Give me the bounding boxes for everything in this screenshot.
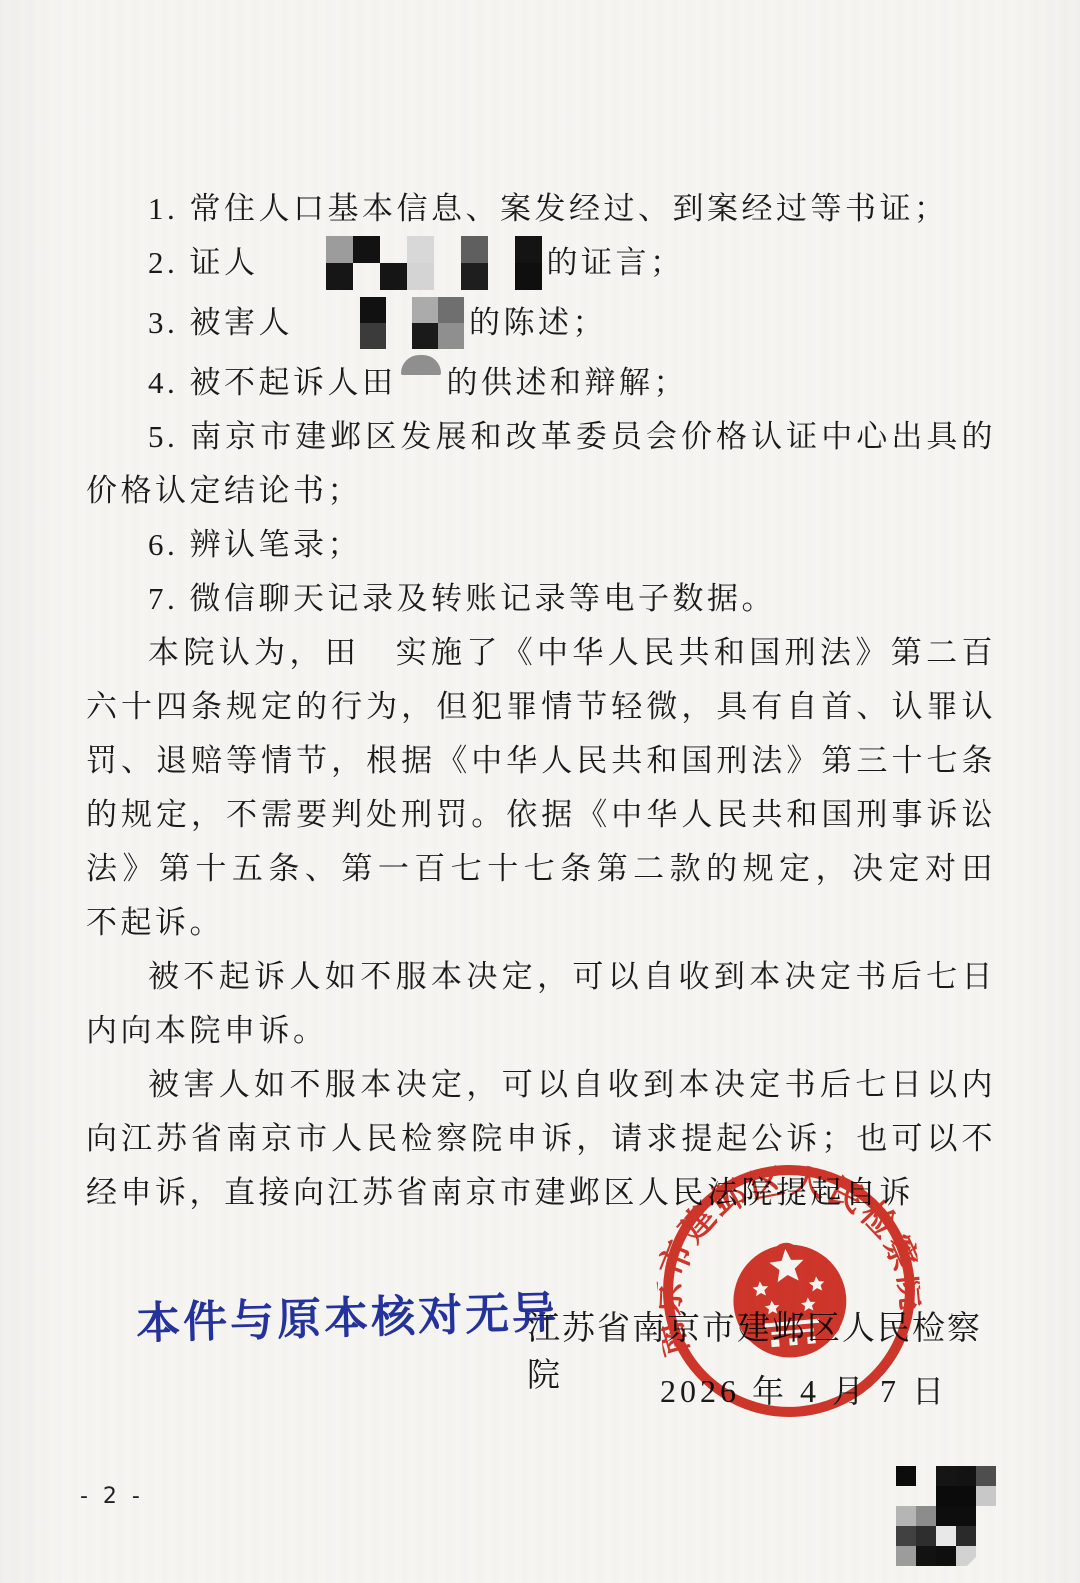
document-paragraph: 6. 辨认笔录； xyxy=(86,518,996,572)
redaction-cell xyxy=(956,1466,976,1486)
document-paragraph: 被不起诉人如不服本决定，可以自收到本决定书后七日内向本院申诉。 xyxy=(86,950,996,1058)
redaction-cell xyxy=(956,1486,976,1506)
redaction-cell xyxy=(936,1546,956,1566)
redaction-cell xyxy=(353,236,380,263)
paragraph-text: 3. 被害人 xyxy=(148,305,293,340)
certification-stamp: 本件与原本核对无异 xyxy=(135,1276,560,1351)
corner-redaction-mosaic xyxy=(896,1466,996,1566)
redaction-cell xyxy=(326,263,353,290)
redaction-cell xyxy=(976,1546,996,1566)
redaction-cell xyxy=(936,1466,956,1486)
redaction-cell xyxy=(461,236,488,263)
redaction-cell xyxy=(360,297,386,323)
redaction-cell xyxy=(326,236,353,263)
redaction-cell xyxy=(896,1526,916,1546)
redaction-cell xyxy=(434,263,461,290)
redaction-cell xyxy=(360,323,386,349)
redaction-cell xyxy=(434,236,461,263)
paragraph-text: 的证言； xyxy=(547,245,685,280)
page-number: - 2 - xyxy=(80,1484,144,1509)
redaction-cell xyxy=(956,1526,976,1546)
redaction-cell xyxy=(412,297,438,323)
redaction-cell xyxy=(380,236,407,263)
redaction-cell xyxy=(916,1466,936,1486)
document-body: 1. 常住人口基本信息、案发经过、到案经过等书证；2. 证人的证言；3. 被害人… xyxy=(86,182,996,1220)
redaction-cell xyxy=(896,1466,916,1486)
paragraph-text: 5. 南京市建邺区发展和改革委员会价格认证中心出具的价格认定结论书； xyxy=(86,419,996,508)
redaction-cell xyxy=(488,236,515,263)
redaction-cell xyxy=(438,323,464,349)
national-emblem-icon xyxy=(729,1238,851,1362)
redaction-cell xyxy=(407,263,434,290)
redaction-cell xyxy=(380,263,407,290)
redaction-cell xyxy=(936,1526,956,1546)
redaction-cell xyxy=(515,236,542,263)
redaction-cell xyxy=(515,263,542,290)
document-paragraph: 本院认为，田 实施了《中华人民共和国刑法》第二百六十四条规定的行为，但犯罪情节轻… xyxy=(86,626,996,950)
redaction-cell xyxy=(916,1506,936,1526)
redaction-cell xyxy=(936,1486,956,1506)
paragraph-text: 2. 证人 xyxy=(148,245,259,280)
paragraph-text: 的供述和辩解； xyxy=(447,365,689,400)
redaction-cell xyxy=(407,236,434,263)
redaction-cell xyxy=(916,1526,936,1546)
redaction-dome xyxy=(401,355,441,375)
document-paragraph: 7. 微信聊天记录及转账记录等电子数据。 xyxy=(86,572,996,626)
redaction-cell xyxy=(916,1546,936,1566)
paragraph-text: 4. 被不起诉人田 xyxy=(148,365,397,400)
paragraph-text: 被不起诉人如不服本决定，可以自收到本决定书后七日内向本院申诉。 xyxy=(86,959,996,1048)
document-paragraph: 5. 南京市建邺区发展和改革委员会价格认证中心出具的价格认定结论书； xyxy=(86,410,996,518)
document-paragraph: 4. 被不起诉人田的供述和辩解； xyxy=(86,355,996,410)
redaction-cell xyxy=(956,1546,976,1566)
paragraph-text: 的陈述； xyxy=(469,305,607,340)
redaction-mosaic xyxy=(298,297,464,349)
redaction-cell xyxy=(386,323,412,349)
redaction-cell xyxy=(438,297,464,323)
document-paragraph: 3. 被害人的陈述； xyxy=(86,296,996,355)
redaction-cell xyxy=(976,1506,996,1526)
paragraph-text: 1. 常住人口基本信息、案发经过、到案经过等书证； xyxy=(148,191,949,226)
redaction-cell xyxy=(386,297,412,323)
redaction-cell xyxy=(976,1486,996,1506)
redaction-cell xyxy=(353,263,380,290)
document-paragraph: 1. 常住人口基本信息、案发经过、到案经过等书证； xyxy=(86,182,996,236)
redaction-cell xyxy=(488,263,515,290)
redaction-mosaic xyxy=(264,236,542,290)
redaction-cell xyxy=(916,1486,936,1506)
official-seal: 南京市建邺区人民检察院 xyxy=(647,1149,931,1433)
document-paragraph: 2. 证人的证言； xyxy=(86,236,996,296)
redaction-cell xyxy=(896,1486,916,1506)
paragraph-text: 7. 微信聊天记录及转账记录等电子数据。 xyxy=(148,581,776,616)
paragraph-text: 本院认为，田 实施了《中华人民共和国刑法》第二百六十四条规定的行为，但犯罪情节轻… xyxy=(86,635,1031,940)
redaction-cell xyxy=(956,1506,976,1526)
redaction-cell xyxy=(976,1466,996,1486)
redaction-cell xyxy=(936,1506,956,1526)
paragraph-text: 6. 辨认笔录； xyxy=(148,527,362,562)
redaction-cell xyxy=(412,323,438,349)
redaction-cell xyxy=(896,1546,916,1566)
redaction-cell xyxy=(896,1506,916,1526)
redaction-cell xyxy=(461,263,488,290)
redaction-cell xyxy=(976,1526,996,1546)
document-page: 1. 常住人口基本信息、案发经过、到案经过等书证；2. 证人的证言；3. 被害人… xyxy=(0,0,1080,1583)
